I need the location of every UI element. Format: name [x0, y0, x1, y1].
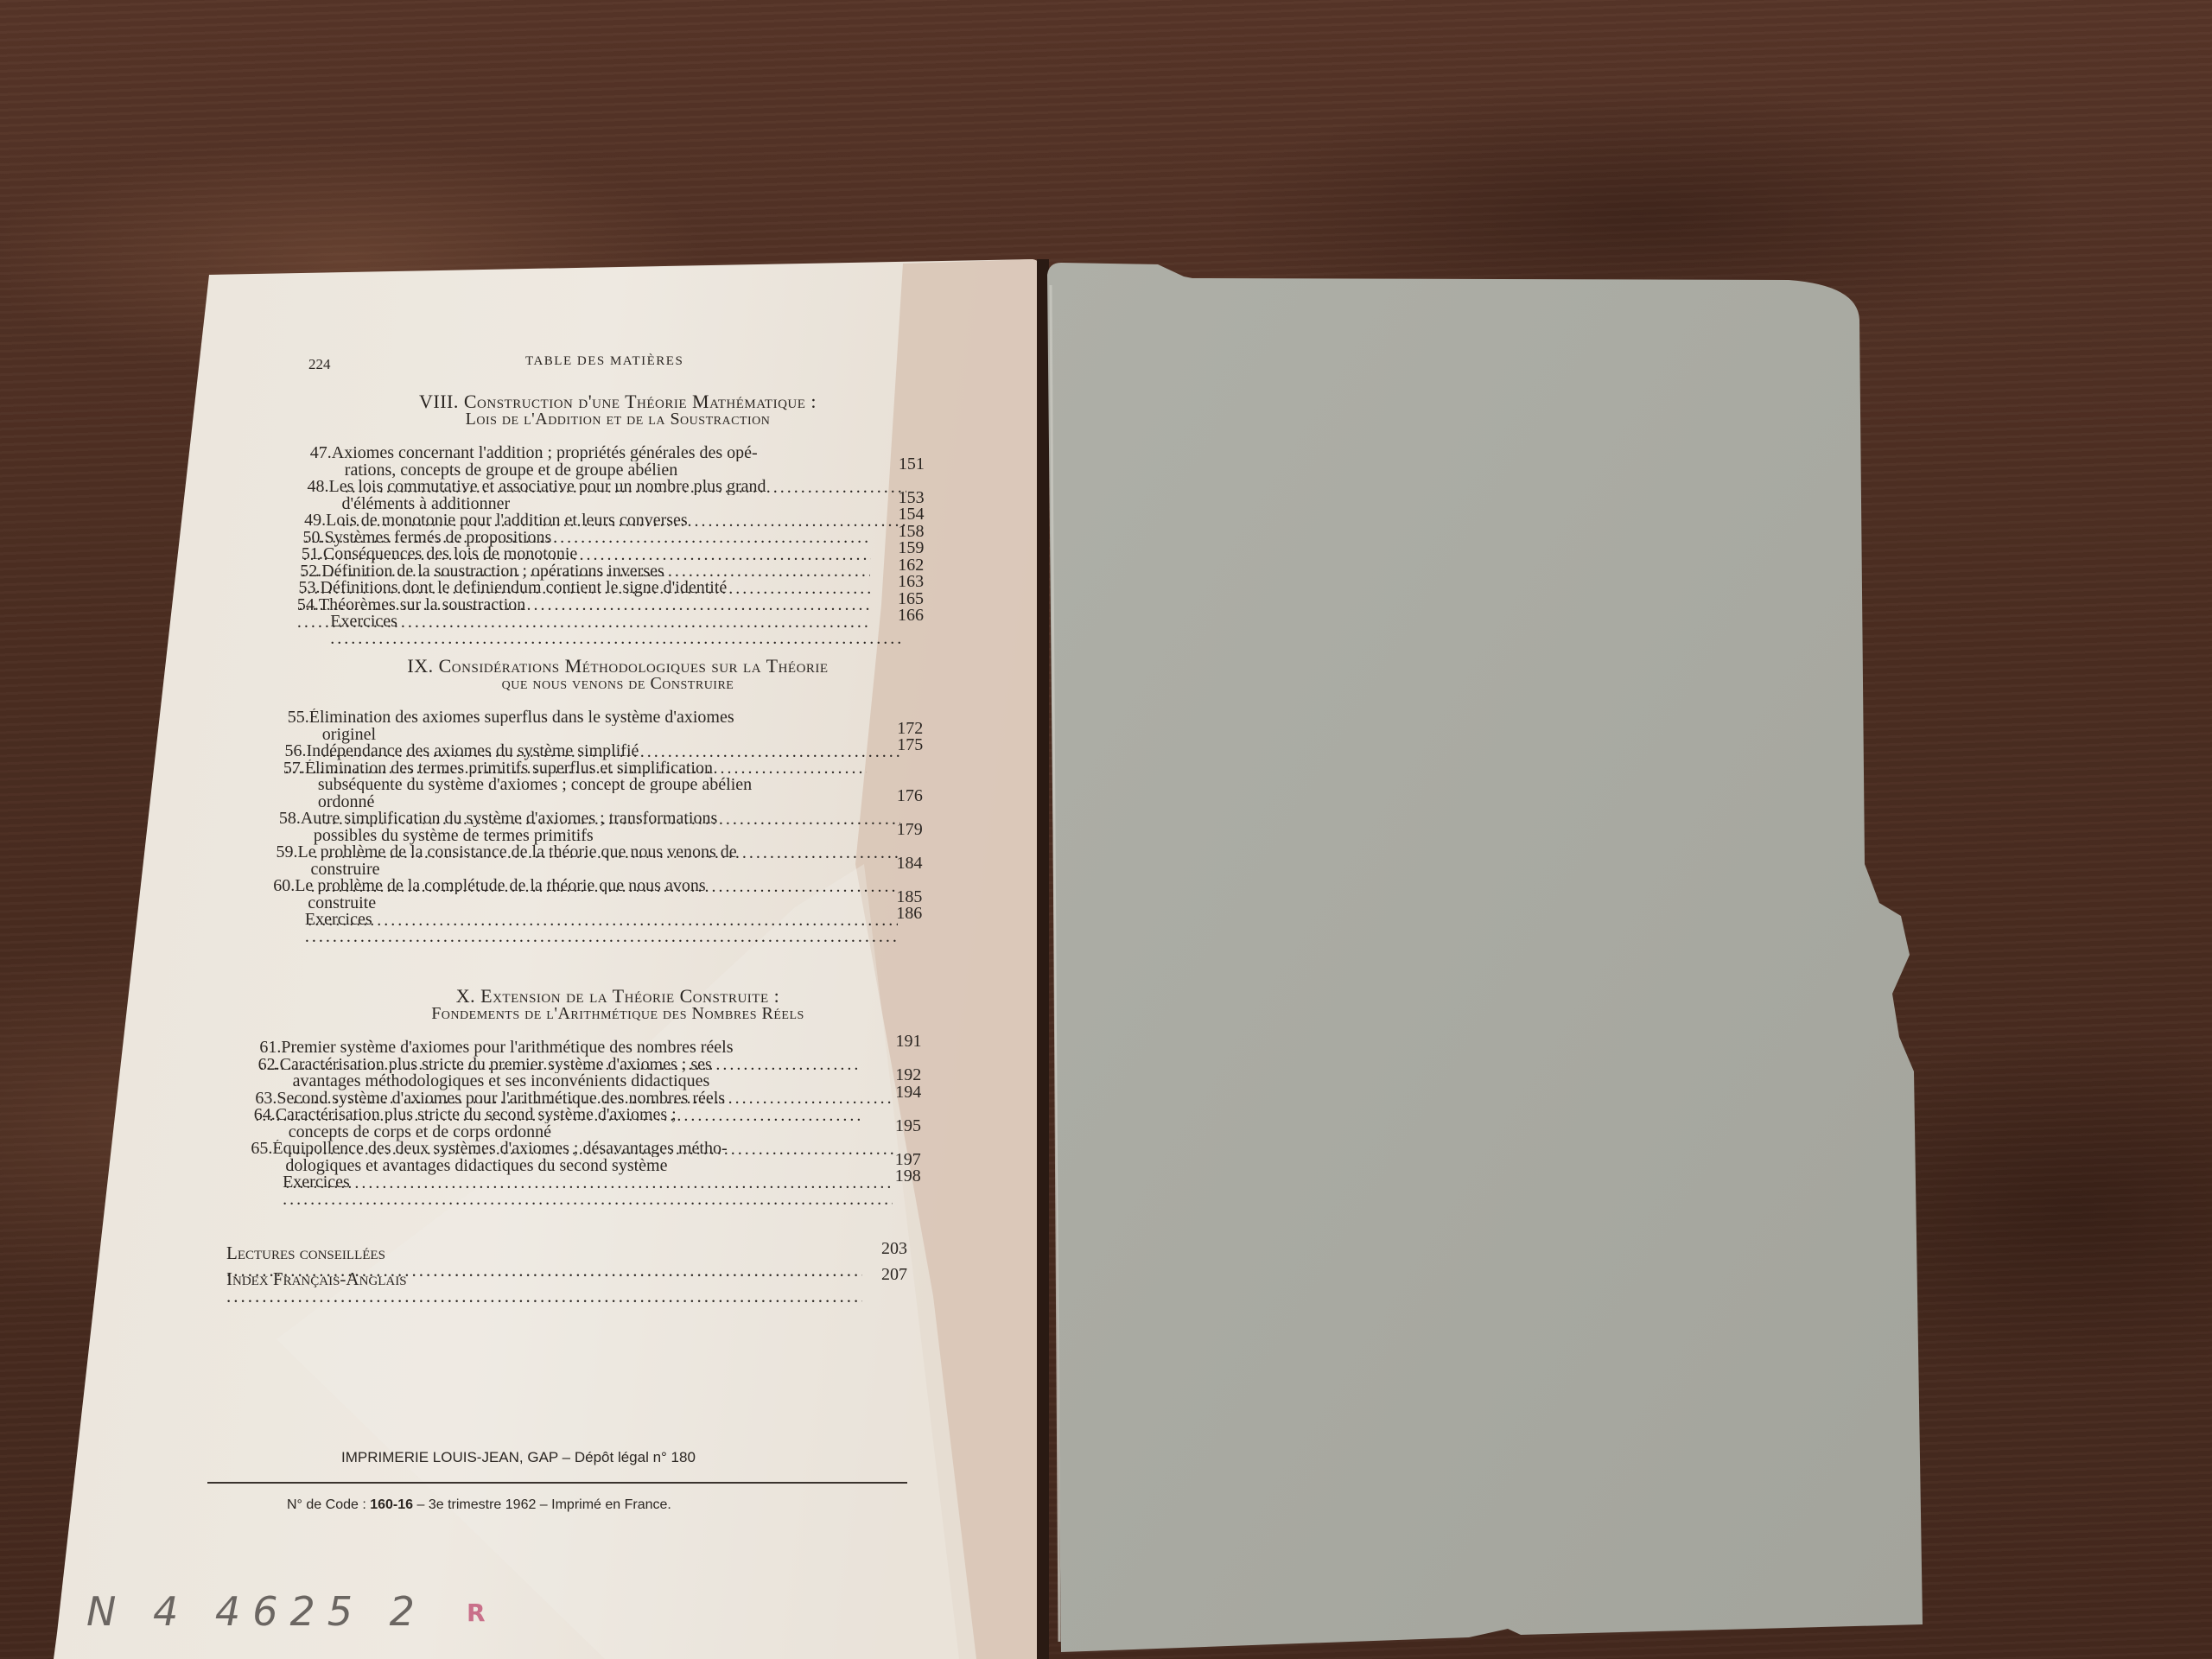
entry-number: 58.	[279, 810, 301, 827]
entry-text: Définitions dont le definiendum contient…	[321, 579, 728, 597]
entry-text: Élimination des axiomes superflus dans l…	[309, 709, 734, 726]
entry-text: construite	[308, 894, 376, 912]
entry-text: Autre simplification du système d'axiome…	[301, 810, 717, 827]
chapter-subtitle: Lois de l'Addition et de la Soustraction	[307, 410, 929, 429]
entry-text: Exercices	[283, 1173, 350, 1192]
toc-entry-line: Exercices ..............................…	[248, 1173, 893, 1208]
entry-number: 59.	[276, 843, 298, 861]
entry-page-number: 176	[897, 786, 923, 806]
leader-dots: ........................................…	[330, 629, 904, 647]
entry-page-number: 191	[895, 1032, 921, 1052]
leader-dots: ........................................…	[305, 927, 898, 945]
entry-text: Exercices	[330, 613, 397, 631]
code-line: N° de Code : 160-16 – 3e trimestre 1962 …	[287, 1497, 671, 1513]
entry-text: Second système d'axiomes pour l'arithmét…	[276, 1090, 725, 1108]
entry-text: Exercices	[305, 911, 372, 929]
running-head: TABLE DES MATIÈRES	[525, 354, 683, 369]
back-matter-entry: Index Français-Anglais .................…	[226, 1270, 862, 1305]
entry-text: Caractérisation plus stricte du premier …	[280, 1056, 712, 1073]
entry-number: 55.	[288, 709, 309, 726]
entry-page-number: 175	[897, 735, 923, 755]
entry-number: 60.	[273, 877, 295, 894]
entry-text: Indépendance des axiomes du système simp…	[306, 742, 639, 760]
entry-number: 62.	[258, 1056, 280, 1073]
entry-text: originel	[322, 726, 376, 744]
colophon-rule	[207, 1482, 907, 1484]
entry-number: 54.	[297, 596, 319, 613]
toc-entry-line: 64. Caractérisation plus stricte du seco…	[254, 1106, 860, 1123]
leader-dots: ........................................…	[226, 1286, 862, 1305]
entry-number: 53.	[299, 579, 321, 596]
toc-entry-line: 65. Équipollence des deux systèmes d'axi…	[251, 1140, 858, 1157]
toc-entry-line: 58. Autre simplification du système d'ax…	[279, 810, 865, 827]
entry-text: Le problème de la consistance de la théo…	[298, 843, 737, 861]
entry-page-number: 166	[898, 606, 924, 626]
toc-entry-line: Exercices ..............................…	[270, 911, 898, 945]
entry-number: 56.	[284, 742, 306, 760]
entry-number: 51.	[302, 545, 323, 563]
entry-text: Le problème de la complétude de la théor…	[295, 877, 705, 894]
entry-text: ordonné	[318, 793, 375, 811]
entry-text: d'éléments à additionner	[341, 495, 510, 513]
entry-text: Théorèmes sur la soustraction	[319, 596, 525, 614]
entry-text: Définition de la soustraction ; opératio…	[321, 563, 664, 581]
entry-text: Les lois commutative et associative pour…	[328, 478, 766, 495]
entry-text: Élimination des termes primitifs superfl…	[305, 760, 713, 777]
entry-text: avantages méthodologiques et ses inconvé…	[293, 1072, 710, 1090]
entry-page-number: 179	[897, 820, 923, 840]
entry-number: 47.	[310, 444, 332, 461]
entry-text: Lois de monotonie pour l'addition et leu…	[326, 512, 688, 530]
entry-number: 50.	[303, 529, 325, 546]
entry-text: subséquente du système d'axiomes ; conce…	[318, 776, 752, 793]
toc-entry-line: 60. Le problème de la complétude de la t…	[273, 877, 863, 894]
pink-stamp-mark: R	[467, 1599, 486, 1627]
toc-entry-line: 57. Élimination des termes primitifs sup…	[283, 760, 867, 777]
printer-line: IMPRIMERIE LOUIS-JEAN, GAP – Dépôt légal…	[341, 1449, 696, 1466]
entry-number: 49.	[304, 512, 326, 529]
chapter-subtitle: Fondements de l'Arithmétique des Nombres…	[307, 1004, 929, 1024]
entry-text: construire	[311, 861, 380, 879]
leader-dots: ........................................…	[283, 1190, 893, 1208]
back-matter-page-number: 207	[881, 1265, 907, 1285]
entry-number: 48.	[307, 478, 328, 495]
toc-entry-line: Exercices ..............................…	[296, 613, 904, 647]
entry-text: concepts de corps et de corps ordonné	[289, 1123, 551, 1141]
entry-text: dologiques et avantages didactiques du s…	[285, 1157, 667, 1175]
handwritten-shelfmark: N 4 4625 2	[86, 1588, 427, 1635]
entry-number: 61.	[259, 1039, 281, 1056]
entry-page-number: 198	[895, 1166, 921, 1186]
toc-entry-line: 62. Caractérisation plus stricte du prem…	[258, 1056, 861, 1073]
toc-entry-line: 48. Les lois commutative et associative …	[307, 478, 871, 495]
toc-entry-line: 55. Élimination des axiomes superflus da…	[288, 709, 868, 726]
entry-text: rations, concepts de groupe et de groupe…	[345, 461, 677, 480]
entry-text: possibles du système de termes primitifs	[314, 827, 594, 845]
entry-page-number: 184	[897, 854, 923, 874]
entry-page-number: 186	[896, 904, 922, 924]
entry-page-number: 151	[899, 454, 925, 474]
entry-number: 64.	[254, 1106, 276, 1123]
entry-text: Premier système d'axiomes pour l'arithmé…	[281, 1039, 733, 1057]
back-matter-page-number: 203	[881, 1239, 907, 1259]
entry-text: Conséquences des lois de monotonie	[323, 545, 577, 563]
entry-text: Axiomes concernant l'addition ; propriét…	[332, 444, 758, 461]
entry-page-number: 194	[895, 1083, 921, 1103]
entry-number: 52.	[300, 563, 321, 580]
toc-entry-line: 59. Le problème de la consistance de la …	[276, 843, 865, 861]
entry-page-number: 195	[895, 1116, 921, 1136]
chapter-subtitle: que nous venons de Construire	[307, 674, 929, 694]
entry-text: Systèmes fermés de propositions	[325, 529, 552, 547]
toc-entry-line: 47. Axiomes concernant l'addition ; prop…	[310, 444, 873, 461]
back-cover	[1047, 263, 1923, 1652]
entry-text: Caractérisation plus stricte du second s…	[276, 1106, 677, 1123]
entry-number: 57.	[283, 760, 305, 777]
page-number: 224	[308, 356, 331, 373]
entry-number: 65.	[251, 1140, 272, 1157]
toc-entry-line: subséquente du système d'axiomes ; conce…	[283, 776, 900, 793]
entry-number: 63.	[255, 1090, 276, 1107]
entry-text: Équipollence des deux systèmes d'axiomes…	[272, 1140, 727, 1157]
